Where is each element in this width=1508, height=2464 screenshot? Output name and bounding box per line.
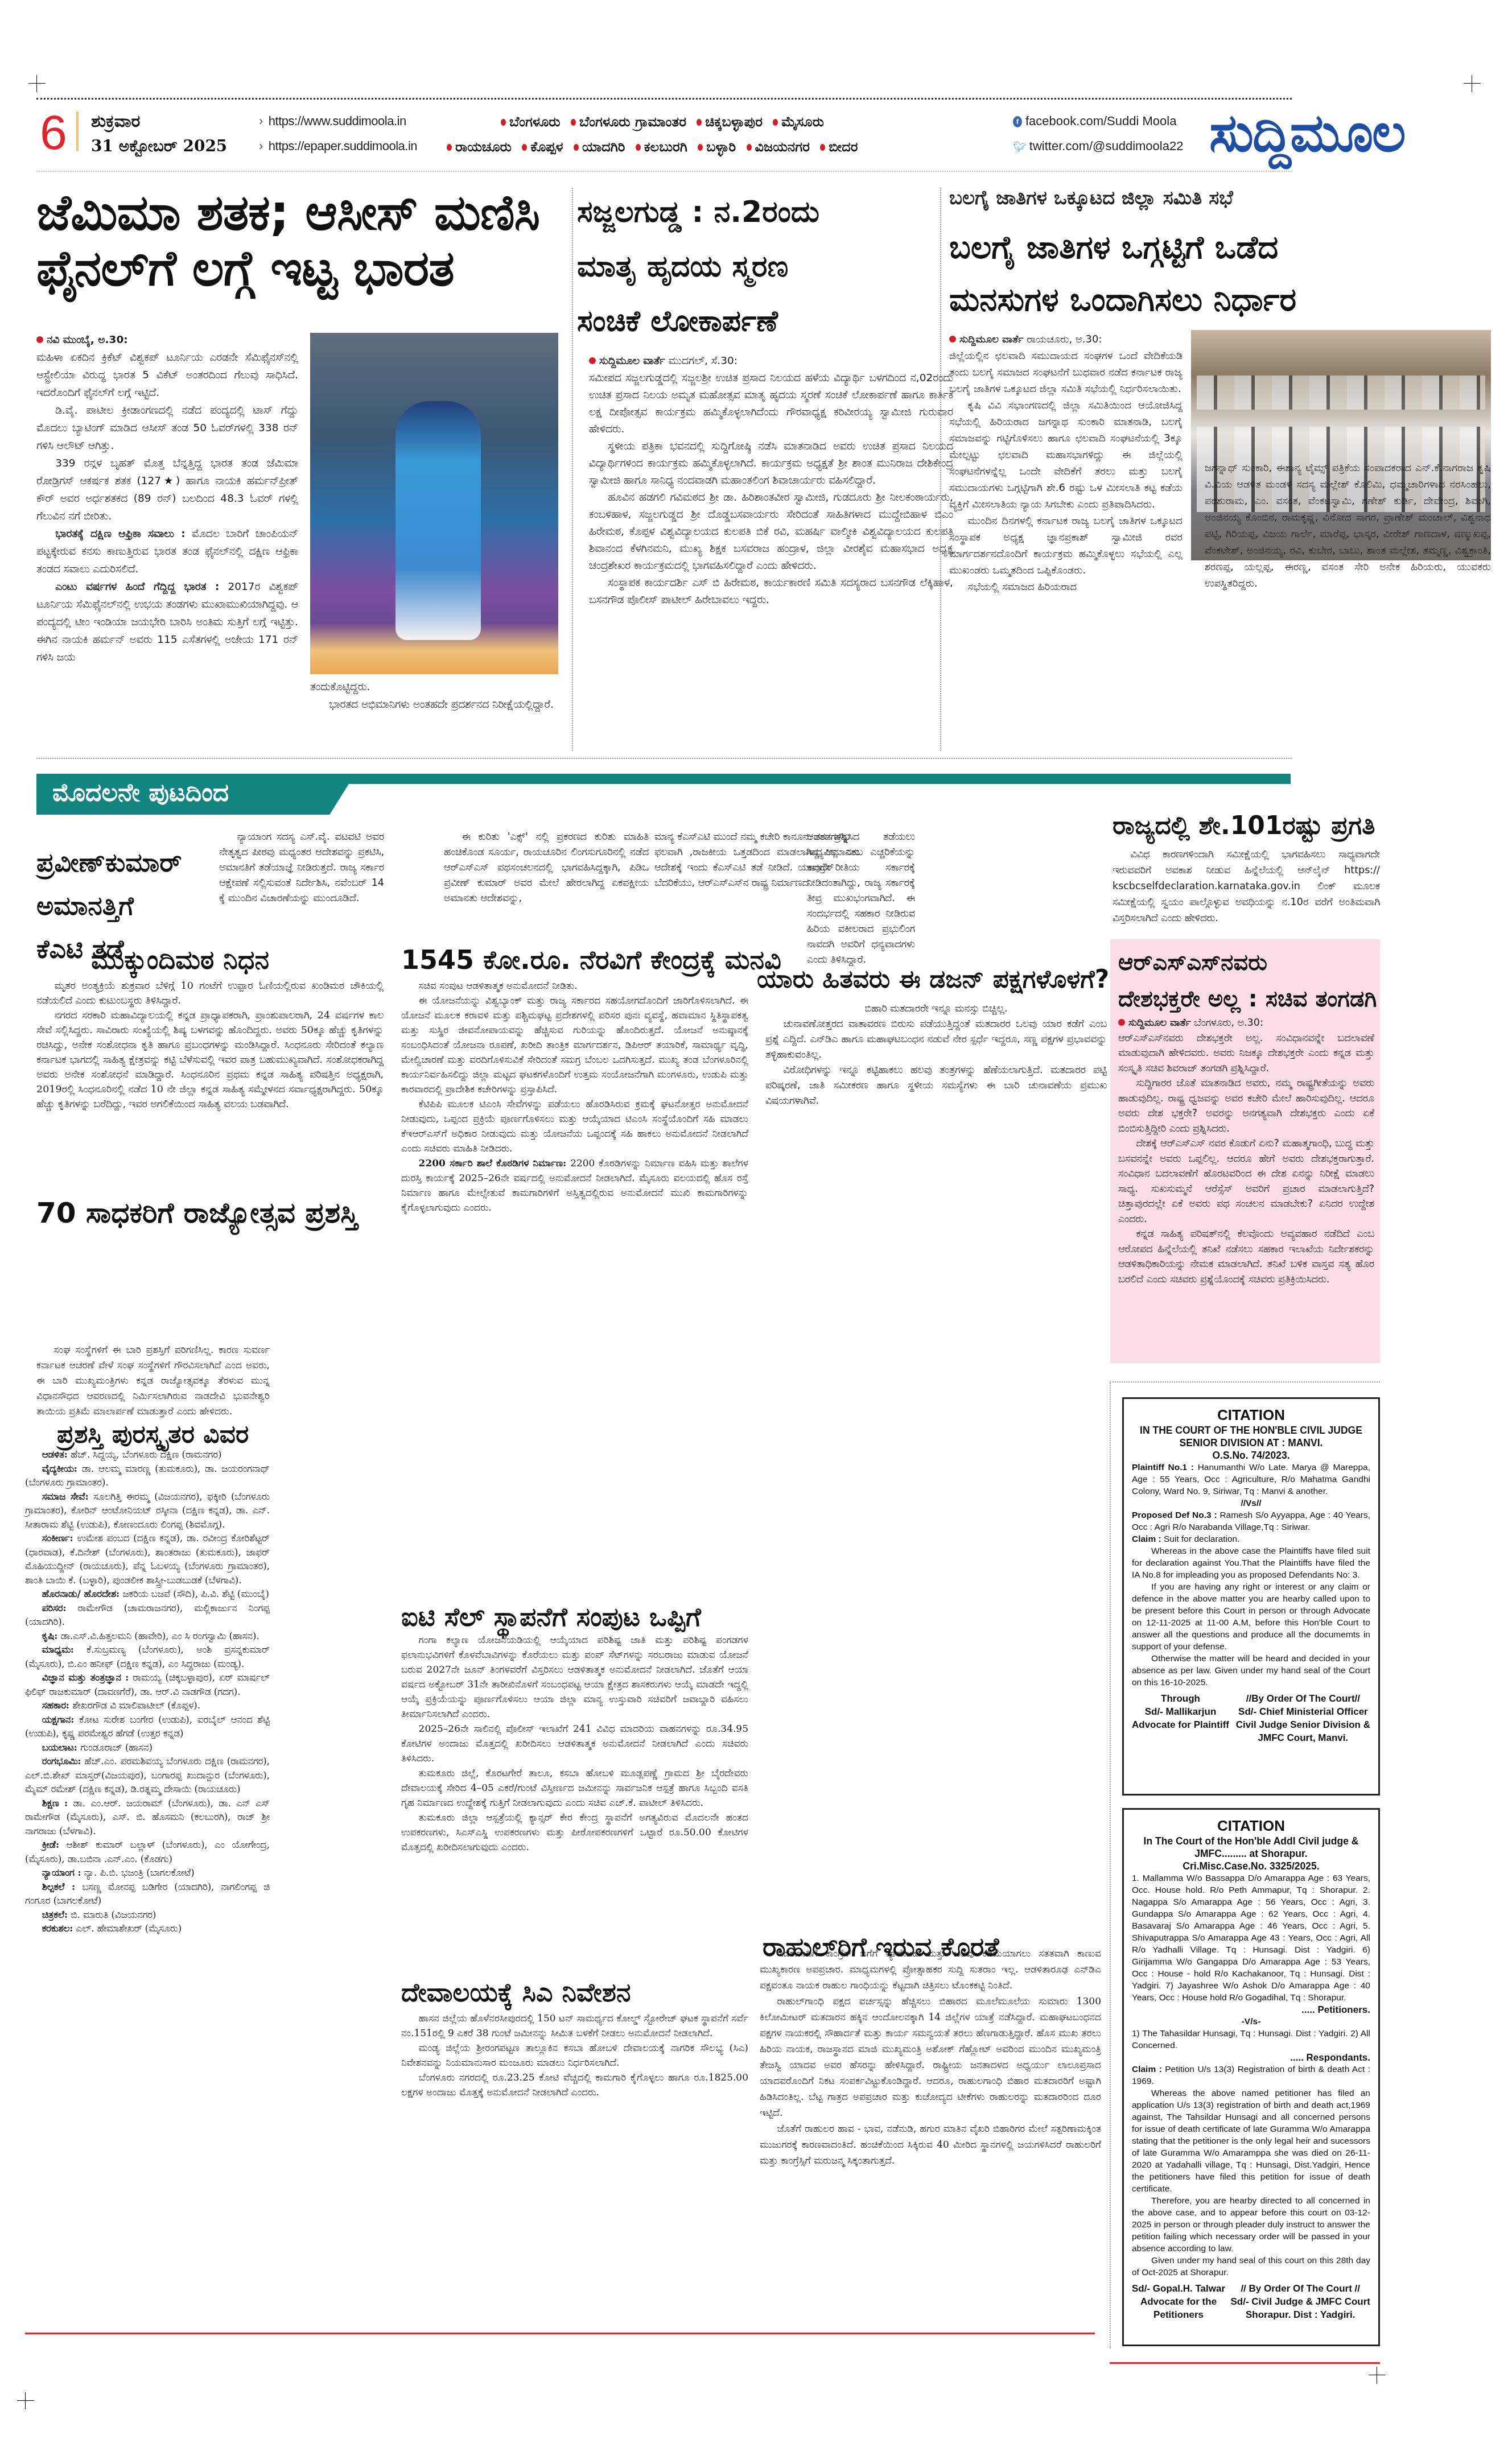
awardee-entry: ಪರಿಸರ: ರಾಮೇಗೌಡ (ಚಾಮರಾಜನಗರ), ಮಲ್ಲಿಕಾರ್ಜುನ…: [25, 1602, 270, 1629]
award-category: ಮಾಧ್ಯಮ:: [42, 1644, 74, 1655]
subhead: 2200 ಸರ್ಕಾರಿ ಶಾಲೆ ಕೊಠಡಿಗಳ ನಿರ್ಮಾಣ:: [419, 1158, 567, 1169]
paragraph: ಜಿಲ್ಲೆಯಲ್ಲಿನ ಛಲವಾದಿ ಸಮುದಾಯದ ಸಂಘಗಳ ಒಂದೆ ವ…: [949, 348, 1182, 397]
award-category: ಸಂಕೀರ್ಣ:: [42, 1533, 73, 1543]
awardee-entry: ಕೃಷಿ: ಡಾ.ಎಸ್.ವಿ.ಹಿತ್ತಲಮನಿ (ಹಾವೇರಿ), ಎಂ ಸ…: [25, 1629, 270, 1644]
city-label: ಬೆಂಗಳೂರು: [509, 114, 561, 130]
award-category: ಕರಕುಶಲ:: [42, 1923, 73, 1934]
player-figure: [395, 401, 481, 640]
mukkundi-headline: ಮುಕ್ಕುಂದಿಮಠ ನಿಧನ: [91, 936, 269, 984]
signature-left: Sd/- Gopal.H. Talwar Advocate for the Pe…: [1132, 2282, 1225, 2321]
headline-line: ಬಲಗೈ ಜಾತಿಗಳ ಒಗ್ಗಟ್ಟಿಗೆ ಒಡೆದ: [949, 222, 1508, 274]
awardee-entry: ಸಹಕಾರ: ಶೇಖರಗೌಡ ವಿ ಮಾಲಿಪಾಟೀಲ್ (ಕೊಪ್ಪಳ).: [25, 1699, 270, 1713]
bihar-headline: ಯಾರು ಹಿತವರು ಈ ಡಜನ್ ಪಕ್ಷಗಳೊಳಗೆ?: [757, 956, 1109, 1004]
column-divider: [572, 188, 573, 751]
issue-date: 31 ಅಕ್ಟೋಬರ್ 2025: [91, 137, 227, 156]
subhead: ಎಂಟು ವರ್ಷಗಳ ಹಿಂದೆ ಗೆದ್ದಿದ್ದ ಭಾರತ :: [55, 581, 219, 593]
dateline-agency: ಸುದ್ದಿಮೂಲ ವಾರ್ತೆ: [599, 355, 665, 367]
paragraph: ಸುದ್ದಿಗಾರರ ಜೊತೆ ಮಾತನಾಡಿದ ಅವರು, ನಮ್ಮ ರಾಷ್…: [1118, 1076, 1374, 1136]
awardee-entry: ಕರಕುಶಲ: ಎಲ್. ಹೇಮಾಶೇಖರ್ (ಮೈಸೂರು): [25, 1922, 270, 1936]
city-label: ಮೈಸೂರು: [781, 114, 824, 130]
paragraph: Given under my hand seal of this court o…: [1132, 2255, 1370, 2279]
headline-line: ದೇಶಭಕ್ತರೇ ಅಲ್ಲ : ಸಚಿವ ತಂಗಡಗಿ: [1118, 981, 1380, 1017]
red-bullet-icon: [589, 357, 596, 364]
respondents-list: 1) The Tahasildar Hunsagi, Tq : Hunsagi.…: [1132, 2028, 1370, 2052]
paragraph: ಕನ್ನಡ ಸಾಹಿತ್ಯ ಪರಿಷತ್‌ನಲ್ಲಿ ಕೆಲವೊಂದು ಅವ್ಯ…: [1118, 1227, 1374, 1287]
paragraph: ಜಗನ್ನಾಥ್ ಸುಂಕಾರಿ, ಈಶಾನ್ಯ ಟೈಮ್ಸ್ ಪತ್ರಿಕೆಯ…: [1205, 460, 1491, 592]
crop-mark-top-right: [1464, 75, 1481, 92]
subhead-text: 2017ರ ವಿಶ್ವಕಪ್ ಟೂರ್ನಿಯ ಸೆಮಿಫೈನಲ್‌ನಲ್ಲಿ ಉ…: [36, 581, 298, 663]
praveen-col-1: ನ್ಯಾಯಾಂಗ ಸದಸ್ಯ ಎಸ್.ವೈ. ವಟವಟಿ ಅವರ ನೇತೃತ್ವ…: [219, 829, 384, 906]
paragraph: ವಿರೋಧಿಗಳನ್ನು ಇನ್ನೂ ಕಟ್ಟಿಹಾಕಲು ಹಲವು ತಂತ್ರ…: [765, 1063, 1107, 1109]
dateline-place: ರಾಯಚೂರು, ಅ.30:: [1027, 333, 1102, 345]
red-bullet-icon: [1118, 1019, 1125, 1026]
citation-court: In The Court of the Hon'ble Addl Civil j…: [1132, 1835, 1370, 1860]
bullet-icon: [522, 144, 527, 151]
dateline-agency: ಸುದ್ದಿಮೂಲ ವಾರ್ತೆ: [1128, 1017, 1190, 1029]
awardee-entry: ಶಿಲ್ಪಕಲೆ : ಬಸಣ್ಣ ಮೋನಪ್ಪ ಬಡಿಗೇರ (ಯಾದಗಿರಿ)…: [25, 1880, 270, 1908]
awardee-entry: ಬಯಲಾಟ: ಗುಂಡೂರಾಜ್ (ಹಾಸನ): [25, 1741, 270, 1755]
award-category: ಶಿಕ್ಷಣ :: [42, 1798, 68, 1809]
signature-line: Sd/- Chief Ministerial Officer: [1236, 1705, 1370, 1718]
issue-day: ಶುಕ್ರವಾರ: [91, 112, 140, 131]
signature-line: JMFC Court, Manvi.: [1236, 1731, 1370, 1744]
subhead: ಭಾರತಕ್ಕೆ ದಕ್ಷಿಣ ಆಫ್ರಿಕಾ ಸವಾಲು :: [55, 528, 185, 540]
claim-line: Claim : Petition U/s 13(3) Registration …: [1132, 2063, 1370, 2087]
headline-line: ಫೈನಲ್‌ಗೆ ಲಗ್ಗೆ ಇಟ್ಟ ಭಾರತ: [36, 241, 571, 296]
paragraph: If you are having any right or interest …: [1132, 1581, 1370, 1653]
paragraph: Whereas the above named petitioner has f…: [1132, 2087, 1370, 2195]
red-bullet-icon: [36, 336, 43, 343]
award-category: ರಂಗಭೂಮಿ:: [42, 1756, 81, 1767]
photo-people-row: [1197, 375, 1485, 410]
versus-label: //Vs//: [1132, 1497, 1370, 1509]
award-names: ಶೇಖರಗೌಡ ವಿ ಮಾಲಿಪಾಟೀಲ್ (ಕೊಪ್ಪಳ).: [72, 1700, 200, 1711]
city-label: ರಾಯಚೂರು: [455, 139, 512, 155]
bullet-icon: [574, 144, 579, 151]
twitter-link[interactable]: 🐦︎twitter.com/@suddimoola22: [1013, 139, 1183, 154]
masthead-bottom-rule: [36, 171, 1292, 172]
paragraph: 339 ರನ್ಗಳ ಬೃಹತ್ ಮೊತ್ತ ಬೆನ್ನತ್ತಿದ್ದ ಭಾರತ …: [36, 455, 298, 525]
chevron-right-icon: ›: [259, 139, 263, 153]
website-link[interactable]: ›https://www.suddimoola.in: [259, 114, 406, 129]
1545-article-body: ಸಚಿವ ಸಂಪುಟ ಆಡಳಿತಾತ್ಮಕ ಅನುಮೋದನೆ ನೀಡಿತು. ಈ…: [401, 979, 748, 1215]
bullet-icon: [697, 119, 702, 126]
crop-mark-bottom-right: [1369, 2367, 1386, 2384]
claim-line: Claim : Suit for declaration.: [1132, 1533, 1370, 1545]
page-number-divider: [76, 112, 79, 151]
field-value: Suit for declaration.: [1164, 1534, 1240, 1544]
praveen-col-2: ಈ ಕುರಿತು 'ಎಕ್ಸ್' ನಲ್ಲಿ ಪ್ರಕರಣದ ಕುರಿತು ಮಾ…: [444, 829, 649, 906]
ad-section-divider: [1110, 1381, 1380, 1382]
signature-line: Sd/- Mallikarjun: [1132, 1705, 1229, 1718]
facebook-link[interactable]: ffacebook.com/Suddi Moola: [1013, 114, 1176, 129]
awardee-entry: ಹೊರನಾಡು/ ಹೊರದೇಶ: ಜಕರಿಯ ಬಜಪೆ (ಸೌದಿ), ಪಿ.ವ…: [25, 1587, 270, 1602]
bullet-icon: [501, 119, 506, 126]
city-label: ಬೀದರ: [829, 139, 858, 155]
survey-headline: ರಾಜ್ಯದಲ್ಲಿ ಶೇ.101ರಷ್ಟು ಪ್ರಗತಿ: [1113, 802, 1375, 850]
awardee-entry: ಕ್ರೀಡೆ: ಆಶೀಶ್ ಕುಮಾರ್ ಬಲ್ಲಾಳ್ (ಬೆಂಗಳೂರು),…: [25, 1838, 270, 1866]
paragraph: ಮಂಡ್ಯ ಜಿಲ್ಲೆಯ ಶ್ರೀರಂಗಪಟ್ಟಣ ತಾಲ್ಲೂಕಿನ ಕಸಬ…: [401, 2041, 748, 2070]
signature-line: Civil Judge Senior Division &: [1236, 1718, 1370, 1731]
paragraph: ಸಂಸ್ಥಾಪಕ ಕಾರ್ಯದರ್ಶಿ ಎಸ್ ಬಿ ಹಿರೇಮಠ, ಕಾರ್ಯ…: [589, 575, 953, 609]
itcell-article-body: ಗಂಗಾ ಕಲ್ಯಾಣ ಯೋಜನೆಯಡಿಯಲ್ಲಿ ಆಯ್ಕೆಯಾದ ಪರಿಶಿ…: [401, 1633, 748, 1855]
awardee-entry: ಸಮಾಜ ಸೇವೆ: ಸೂಲಗಿತ್ತಿ ಈರಮ್ಮ (ವಿಜಯನಗರ), ಫಕ…: [25, 1490, 270, 1532]
awardee-entry: ಸಂಕೀರ್ಣ: ಉಮೇಶ ಪಂಬದ (ದಕ್ಷಿಣ ಕನ್ನಡ), ಡಾ. ರ…: [25, 1532, 270, 1587]
signature-line: Sd/- Civil Judge & JMFC Court: [1230, 2295, 1370, 2308]
plaintiff-line: Plaintiff No.1 : Hanumanthi W/o Late. Ma…: [1132, 1462, 1370, 1497]
dateline-place: ಮುದಗಲ್, ಸೆ.30:: [669, 355, 737, 367]
bullet-icon: [571, 119, 576, 126]
section-divider: [36, 758, 1292, 759]
award-names: ಹೆಚ್. ಸಿದ್ದಯ್ಯ, ಬೆಂಗಳೂರು ದಕ್ಷಿಣ (ರಾಮನಗರ): [71, 1449, 221, 1460]
bihar-article-body: ಬಿಹಾರಿ ಮತದಾರರೇ ಇನ್ನೂ ಮನಸ್ಸು ಬಿಚ್ಚಿಲ್ಲ. ಚ…: [765, 1001, 1107, 1109]
award-category: ಪರಿಸರ:: [42, 1603, 67, 1613]
bullet-icon: [636, 144, 641, 151]
award-category: ಬಯಲಾಟ:: [42, 1742, 77, 1753]
bottom-rule-right: [1110, 2362, 1380, 2364]
rss-headline: ಆರ್‌ಎಸ್‌ಎಸ್‌ನವರು ದೇಶಭಕ್ತರೇ ಅಲ್ಲ : ಸಚಿವ ತ…: [1118, 944, 1380, 1017]
rajyotsava-headline: 70 ಸಾಧಕರಿಗೆ ರಾಜ್ಯೋತ್ಸವ ಪ್ರಶಸ್ತಿ: [36, 1189, 358, 1237]
field-label: Claim :: [1132, 1534, 1161, 1544]
field-label: Claim :: [1132, 2065, 1162, 2074]
bullet-icon: [698, 144, 703, 151]
chevron-right-icon: ›: [259, 114, 263, 128]
newspaper-logo: ಸುದ್ದಿಮೂಲ: [1209, 107, 1405, 159]
awardees-list: ಆಡಳಿತ: ಹೆಚ್. ಸಿದ್ದಯ್ಯ, ಬೆಂಗಳೂರು ದಕ್ಷಿಣ (…: [25, 1448, 270, 1936]
paragraph: Therefore, you are hearby directed to al…: [1132, 2195, 1370, 2255]
intro-line: ಬಿಹಾರಿ ಮತದಾರರೇ ಇನ್ನೂ ಮನಸ್ಸು ಬಿಚ್ಚಿಲ್ಲ.: [765, 1001, 1107, 1017]
paragraph: ಜೊತೆಗೆ ರಾಹುಲರ ಹಾವ - ಭಾವ, ನಡೆನುಡಿ, ಹಗುರ ಮ…: [760, 2121, 1101, 2169]
city-label: ವಿಜಯನಗರ: [755, 139, 810, 155]
paragraph: ಗಂಗಾ ಕಲ್ಯಾಣ ಯೋಜನೆಯಡಿಯಲ್ಲಿ ಆಯ್ಕೆಯಾದ ಪರಿಶಿ…: [401, 1633, 748, 1722]
red-bullet-icon: [949, 336, 956, 342]
signature-line: Sd/- Gopal.H. Talwar: [1132, 2282, 1225, 2295]
signature-line: //By Order Of The Court//: [1236, 1692, 1370, 1705]
award-category: ಸಹಕಾರ:: [42, 1700, 69, 1711]
signature-line: Petitioners: [1132, 2308, 1225, 2321]
paragraph: ಡಿ.ವೈ. ಪಾಟೀಲ ಕ್ರೀಡಾಂಗಣದಲ್ಲಿ ನಡೆದ ಪಂದ್ಯದಲ…: [36, 402, 298, 455]
paragraph: ಎಂಟು ವರ್ಷಗಳ ಹಿಂದೆ ಗೆದ್ದಿದ್ದ ಭಾರತ : 2017ರ…: [36, 578, 298, 666]
signature-left: Through Sd/- Mallikarjun Advocate for Pl…: [1132, 1692, 1229, 1744]
paragraph: ಈ ಕುರಿತು 'ಎಕ್ಸ್' ನಲ್ಲಿ ಪ್ರಕರಣದ ಕುರಿತು ಮಾ…: [444, 829, 649, 906]
citation-court: IN THE COURT OF THE HON'BLE CIVIL JUDGE …: [1132, 1424, 1370, 1449]
citation-case-number: O.S.No. 74/2023.: [1132, 1449, 1370, 1462]
award-names: ಜಕರಿಯ ಬಜಪೆ (ಸೌದಿ), ಪಿ.ವಿ. ಶೆಟ್ಟಿ (ಮುಂಬೈ): [122, 1588, 269, 1599]
headline-line: ಸಜ್ಜಲಗುಡ್ಡ : ನ.2ರಂದು: [577, 185, 918, 240]
balagai-headline: ಬಲಗೈ ಜಾತಿಗಳ ಒಗ್ಗಟ್ಟಿಗೆ ಒಡೆದ ಮನಸುಗಳ ಒಂದಾಗ…: [949, 222, 1508, 327]
facebook-handle: facebook.com/Suddi Moola: [1025, 114, 1176, 128]
sajjal-article-body: ಸುದ್ದಿಮೂಲ ವಾರ್ತೆ ಮುದಗಲ್, ಸೆ.30: ಸಮೀಪದ ಸಜ…: [589, 353, 953, 609]
paragraph: ಬೆಂಗಳೂರು ನಗರದಲ್ಲಿ ರೂ.23.25 ಕೋಟಿ ವೆಚ್ಚದಲ್…: [401, 2070, 748, 2100]
award-names: ನ್ಯಾ. ಪಿ.ಬಿ. ಭಜಂತ್ರಿ (ಬಾಗಲಕೋಟೆ): [84, 1867, 195, 1878]
field-value: Petition U/s 13(3) Registration of birth…: [1132, 2065, 1370, 2086]
cricket-article-continued: ತಂದುಕೊಟ್ಟಿದ್ದರು. ಭಾರತದ ಅಭಿಮಾನಿಗಳು ಅಂತಹದೇ…: [310, 678, 558, 713]
paragraph: ವಿವಿಧ ಕಾರಣಗಳಿಂದಾಗಿ ಸಮೀಕ್ಷೆಯಲ್ಲಿ ಭಾಗವಹಿಸಲ…: [1113, 847, 1380, 926]
citation-case-number: Cri.Misc.Case.No. 3325/2025.: [1132, 1860, 1370, 1872]
awardee-entry: ಚಿತ್ರಕಲೆ: ಬಿ. ಮಾರುತಿ (ವಿಜಯನಗರ): [25, 1908, 270, 1922]
signature-line: Shorapur. Dist : Yadgiri.: [1230, 2308, 1370, 2321]
rajyotsava-intro: ಸಂಘ ಸಂಸ್ಥೆಗಳಿಗೆ ಈ ಬಾರಿ ಪ್ರಶಸ್ತಿಗೆ ಪರಿಗಣಿ…: [36, 1343, 270, 1419]
mukkundi-article-body: ಮೃತರ ಅಂತ್ಯಕ್ರಿಯೆ ಶುಕ್ರವಾರ ಬೆಳಿಗ್ಗೆ 10 ಗಂ…: [36, 979, 384, 1112]
paragraph: ಸಂಘ ಸಂಸ್ಥೆಗಳಿಗೆ ಈ ಬಾರಿ ಪ್ರಶಸ್ತಿಗೆ ಪರಿಗಣಿ…: [36, 1343, 270, 1419]
twitter-bird-icon: 🐦︎: [1013, 141, 1026, 153]
cities-row-1: ಬೆಂಗಳೂರು ಬೆಂಗಳೂರು ಗ್ರಾಮಾಂತರ ಚಿಕ್ಕಬಳ್ಳಾಪು…: [495, 114, 824, 130]
dateline-text: ನವಿ ಮುಂಬೈ, ಅ.30:: [47, 334, 128, 346]
award-category: ಶಿಲ್ಪಕಲೆ :: [42, 1881, 75, 1892]
signature-right: // By Order Of The Court // Sd/- Civil J…: [1230, 2282, 1370, 2321]
city-label: ಬಳ್ಳಾರಿ: [706, 139, 736, 155]
award-category: ಯಕ್ಷಗಾನ:: [42, 1714, 75, 1725]
website-url: https://www.suddimoola.in: [269, 114, 406, 128]
signature-line: Through: [1132, 1692, 1229, 1705]
1545-headline: 1545 ಕೋ.ರೂ. ನೆರವಿಗೆ ಕೇಂದ್ರಕ್ಕೆ ಮನವಿ: [401, 936, 781, 984]
rahul-article-body: ಇದರೊಂದಿಗೆ ಕಾಂಗ್ರೆಸ್ ಬಗೆಗೆ ವ್ಯಾಮೋಹ ಮತ್ತು …: [760, 1946, 1101, 2169]
paragraph: ಹಾಸನ ಜಿಲ್ಲೆಯ ಹೊಳೆನರಸೀಪುರದಲ್ಲಿ 150 ಟನ್ ಸಾ…: [401, 2011, 748, 2041]
dateline: ಸುದ್ದಿಮೂಲ ವಾರ್ತೆ ರಾಯಚೂರು, ಅ.30:: [949, 331, 1182, 348]
headline-line: ಪ್ರವೀಣ್‌ಕುಮಾರ್: [36, 841, 207, 884]
paragraph: ತಂದುಕೊಟ್ಟಿದ್ದರು.: [310, 678, 558, 696]
column-divider: [940, 188, 941, 751]
versus-label: -V/s-: [1132, 2016, 1370, 2028]
paragraph: ಇದರೊಂದಿಗೆ ಕಾಂಗ್ರೆಸ್ ಬಗೆಗೆ ವ್ಯಾಮೋಹ ಮತ್ತು …: [760, 1946, 1101, 1994]
award-category: ಚಿತ್ರಕಲೆ:: [42, 1909, 68, 1920]
sajjal-headline: ಸಜ್ಜಲಗುಡ್ಡ : ನ.2ರಂದು ಮಾತೃ ಹೃದಯ ಸ್ಮರಣ ಸಂಚ…: [577, 185, 918, 349]
awardee-entry: ಶಿಕ್ಷಣ : ಡಾ. ಎಂ.ಆರ್. ಜಯರಾಮ್ (ಬೆಂಗಳೂರು), …: [25, 1797, 270, 1839]
crop-mark-bottom-left: [17, 2392, 34, 2409]
masthead-top-rule: [36, 98, 1292, 100]
paragraph: ಆರ್‌ಎಸ್‌ಎಸ್‌ನವರು ದೇಶಭಕ್ತರೇ ಅಲ್ಲ. ಸಂವಿಧಾನ…: [1118, 1031, 1374, 1076]
bottom-rule-left: [25, 2333, 1095, 2334]
dateline: ನವಿ ಮುಂಬೈ, ಅ.30:: [36, 331, 298, 349]
paragraph: ಸ್ಥಳೀಯ ಪತ್ರಿಕಾ ಭವನದಲ್ಲಿ ಸುದ್ದಿಗೋಷ್ಠಿ ನಡೆ…: [589, 438, 953, 489]
bullet-icon: [773, 119, 778, 126]
award-category: ಕ್ರೀಡೆ:: [42, 1839, 59, 1850]
bullet-icon: [747, 144, 752, 151]
defendant-line: Proposed Def No.3 : Ramesh S/o Ayyappa, …: [1132, 1509, 1370, 1533]
cricket-batter-photo: [310, 333, 558, 674]
paragraph: ಮೃತರ ಅಂತ್ಯಕ್ರಿಯೆ ಶುಕ್ರವಾರ ಬೆಳಿಗ್ಗೆ 10 ಗಂ…: [36, 979, 384, 1008]
respondents-label: ..... Respondants.: [1132, 2052, 1370, 2063]
paragraph: ಭಾರತಕ್ಕೆ ದಕ್ಷಿಣ ಆಫ್ರಿಕಾ ಸವಾಲು : ಮೊದಲ ಬಾರ…: [36, 525, 298, 578]
balagai-kicker: ಬಲಗೈ ಜಾತಿಗಳ ಒಕ್ಕೂಟದ ಜಿಲ್ಲಾ ಸಮಿತಿ ಸಭೆ: [949, 187, 1233, 209]
epaper-url: https://epaper.suddimoola.in: [269, 139, 417, 153]
signature-right: //By Order Of The Court// Sd/- Chief Min…: [1236, 1692, 1370, 1744]
award-names: ಎಲ್. ಹೇಮಾಶೇಖರ್ (ಮೈಸೂರು): [76, 1923, 182, 1934]
citation-title: CITATION: [1132, 1817, 1370, 1835]
awardee-entry: ನ್ಯಾಯಾಂಗ : ನ್ಯಾ. ಪಿ.ಬಿ. ಭಜಂತ್ರಿ (ಬಾಗಲಕೋಟ…: [25, 1866, 270, 1880]
paragraph: ದೇಶಕ್ಕೆ ಆರ್‌ಎಸ್‌ಎಸ್ ನವರ ಕೊಡುಗೆ ಏನು? ಮಹಾತ…: [1118, 1136, 1374, 1227]
dateline-place: ಬೆಂಗಳೂರು, ಅ.30:: [1194, 1017, 1263, 1029]
award-category: ವೈದ್ಯಕೀಯ:: [42, 1463, 77, 1474]
cities-row-2: ರಾಯಚೂರು ಕೊಪ್ಪಳ ಯಾದಗಿರಿ ಕಲಬುರಗಿ ಬಳ್ಳಾರಿ ವ…: [441, 139, 858, 155]
paragraph: ಆದರ್ಶಗಳನ್ನು ತಡೆಯಲು ಸಾಧ್ಯವಿಲ್ಲ ಎಂಬ ಎಚ್ಚರಿ…: [807, 829, 915, 968]
section-banner-label: ಮೊದಲನೇ ಪುಟದಿಂದ: [52, 778, 229, 807]
paragraph: ಭಾರತದ ಅಭಿಮಾನಿಗಳು ಅಂತಹದೇ ಪ್ರದರ್ಶನದ ನಿರೀಕ್…: [310, 696, 558, 713]
award-category: ನ್ಯಾಯಾಂಗ :: [42, 1867, 81, 1878]
signature-block: Sd/- Gopal.H. Talwar Advocate for the Pe…: [1132, 2282, 1370, 2321]
award-names: ಗುಂಡೂರಾಜ್ (ಹಾಸನ): [80, 1742, 153, 1753]
column-divider: [1110, 1381, 1111, 2349]
awardee-entry: ಆಡಳಿತ: ಹೆಚ್. ಸಿದ್ದಯ್ಯ, ಬೆಂಗಳೂರು ದಕ್ಷಿಣ (…: [25, 1448, 270, 1462]
awardee-entry: ಮಾಧ್ಯಮ: ಕೆ.ಸುಬ್ರಮಣ್ಯ (ಬೆಂಗಳೂರು), ಅಂಶಿ ಪ್…: [25, 1643, 270, 1671]
devalaya-article-body: ಹಾಸನ ಜಿಲ್ಲೆಯ ಹೊಳೆನರಸೀಪುರದಲ್ಲಿ 150 ಟನ್ ಸಾ…: [401, 2011, 748, 2100]
field-label: Proposed Def No.3 :: [1132, 1510, 1217, 1520]
facebook-icon: f: [1013, 116, 1022, 127]
paragraph: ನ್ಯಾಯಾಂಗ ಸದಸ್ಯ ಎಸ್.ವೈ. ವಟವಟಿ ಅವರ ನೇತೃತ್ವ…: [219, 829, 384, 906]
signature-block: Through Sd/- Mallikarjun Advocate for Pl…: [1132, 1692, 1370, 1744]
city-label: ಬೆಂಗಳೂರು ಗ್ರಾಮಾಂತರ: [579, 114, 686, 130]
awardee-entry: ಯಕ್ಷಗಾನ: ಕೋಟ ಸುರೇಶ ಬಂಗೇರ (ಉಡುಪಿ), ಐರಬೈಲ್…: [25, 1713, 270, 1741]
paragraph: ಸಚಿವ ಸಂಪುಟ ಆಡಳಿತಾತ್ಮಕ ಅನುಮೋದನೆ ನೀಡಿತು.: [401, 979, 748, 993]
award-names: ಆಶೀಶ್ ಕುಮಾರ್ ಬಲ್ಲಾಳ್ (ಬೆಂಗಳೂರು), ಎಂ ಯೋಗೇ…: [25, 1839, 270, 1864]
balagai-article-continued: ಜಗನ್ನಾಥ್ ಸುಂಕಾರಿ, ಈಶಾನ್ಯ ಟೈಮ್ಸ್ ಪತ್ರಿಕೆಯ…: [1205, 460, 1491, 592]
city-label: ಕಲಬುರಗಿ: [644, 139, 687, 155]
signature-line: // By Order Of The Court //: [1230, 2282, 1370, 2295]
paragraph: 2025–26ನೇ ಸಾಲಿನಲ್ಲಿ ಪೊಲೀಸ್ ಇಲಾಖೆಗೆ 241 ವ…: [401, 1722, 748, 1766]
paragraph: ತುಮಕೂರು ಜಿಲ್ಲಾ ಆಸ್ಪತ್ರೆಯಲ್ಲಿ ಕ್ಯಾನ್ಸರ್ ಕ…: [401, 1810, 748, 1855]
praveen-col-4: ಆದರ್ಶಗಳನ್ನು ತಡೆಯಲು ಸಾಧ್ಯವಿಲ್ಲ ಎಂಬ ಎಚ್ಚರಿ…: [807, 829, 915, 968]
paragraph: ನಗರದ ಸರಕಾರಿ ಮಹಾವಿದ್ಯಾಲಯಲ್ಲಿ ಕನ್ನಡ ಪ್ರಾಧ್…: [36, 1008, 384, 1112]
city-label: ಚಿಕ್ಕಬಳ್ಳಾಪುರ: [705, 114, 763, 130]
citation-title: CITATION: [1132, 1406, 1370, 1424]
award-category: ಸಮಾಜ ಸೇವೆ:: [42, 1491, 89, 1502]
signature-line: Advocate for Plaintiff: [1132, 1718, 1229, 1731]
paragraph: ಸಮೀಪದ ಸಜ್ಜಲಗುಡ್ಡದಲ್ಲಿ ಸಜ್ಜಲಶ್ರೀ ಉಚಿತ ಪ್ರ…: [589, 370, 953, 438]
citation-shorapur: CITATION In The Court of the Hon'ble Add…: [1122, 1808, 1380, 2346]
city-label: ಯಾದಗಿರಿ: [582, 139, 625, 155]
bullet-icon: [447, 144, 452, 151]
dateline: ಸುದ್ದಿಮೂಲ ವಾರ್ತೆ ಮುದಗಲ್, ಸೆ.30:: [589, 353, 953, 370]
headline-line: ಸಂಚಿಕೆ ಲೋಕಾರ್ಪಣೆ: [577, 294, 918, 349]
cricket-article-body: ನವಿ ಮುಂಬೈ, ಅ.30: ಮಹಿಳಾ ಏಕದಿನ ಕ್ರಿಕೆಟ್ ವಿ…: [36, 331, 298, 666]
devalaya-headline: ದೇವಾಲಯಕ್ಕೆ ಸಿಎ ನಿವೇಶನ: [401, 1968, 631, 2016]
survey-article-body: ವಿವಿಧ ಕಾರಣಗಳಿಂದಾಗಿ ಸಮೀಕ್ಷೆಯಲ್ಲಿ ಭಾಗವಹಿಸಲ…: [1113, 847, 1380, 926]
paragraph: ಕೃಷಿ ವಿವಿ ಸಭಾಂಗಣದಲ್ಲಿ ಜಿಲ್ಲಾ ಸಮಿತಿಯಿಂದ ಆ…: [949, 397, 1182, 513]
paragraph: ತುಮಕೂರು ಜಿಲ್ಲೆ, ಕೊರಟಗೇರೆ ತಾಲೂ, ಕಸಬಾ ಹೋಬಳ…: [401, 1766, 748, 1810]
award-category: ಕೃಷಿ:: [42, 1631, 58, 1641]
city-label: ಕೊಪ್ಪಳ: [530, 139, 563, 155]
paragraph: ಹೂವಿನ ಹಡಗಲಿ ಗವಿಮಠದ ಶ್ರೀ ಡಾ. ಹಿರಿಶಾಂತವೀರ …: [589, 489, 953, 575]
paragraph: ಈ ಯೋಜನೆಯನ್ನು ವಿಶ್ವಬ್ಯಾಂಕ್ ಮತ್ತು ರಾಜ್ಯ ಸರ…: [401, 993, 748, 1097]
citation-manvi: CITATION IN THE COURT OF THE HON'BLE CIV…: [1122, 1397, 1380, 1796]
headline-line: ಮನಸುಗಳ ಒಂದಾಗಿಸಲು ನಿರ್ಧಾರ: [949, 274, 1508, 327]
paragraph: ಮಹಿಳಾ ಏಕದಿನ ಕ್ರಿಕೆಟ್ ವಿಶ್ವಕಪ್ ಟೂರ್ನಿಯ ಎರ…: [36, 349, 298, 402]
paragraph: ರಾಹುಲ್‌ಗಾಂಧಿ ಪಕ್ಷದ ವರ್ಚಸ್ಸನ್ನು ಹೆಚ್ಚಿಸಲು…: [760, 1994, 1101, 2121]
dateline-agency: ಸುದ್ದಿಮೂಲ ವಾರ್ತೆ: [959, 333, 1024, 345]
petitioners-list: 1. Mallamma W/o Bassappa D/o Amarappa Ag…: [1132, 1872, 1370, 2004]
paragraph: Whereas in the above case the Plaintiffs…: [1132, 1545, 1370, 1581]
awardee-entry: ರಂಗಭೂಮಿ: ಹೆಚ್.ಎಂ. ಪರಮಶಿವಯ್ಯ ಬೆಂಗಳೂರು ದಕ್…: [25, 1755, 270, 1797]
rss-article-body: ಸುದ್ದಿಮೂಲ ವಾರ್ತೆ ಬೆಂಗಳೂರು, ಅ.30: ಆರ್‌ಎಸ್…: [1118, 1016, 1374, 1287]
signature-line: Advocate for the: [1132, 2295, 1225, 2308]
award-category: ವಿಜ್ಞಾನ ಮತ್ತು ತಂತ್ರಜ್ಞಾನ :: [42, 1672, 129, 1683]
bullet-icon: [820, 144, 825, 151]
paragraph: ಚುನಾವಣೋತ್ತರದ ವಾತಾವರಣ ಬಿರುಸು ಪಡೆಯುತ್ತಿದ್ದ…: [765, 1017, 1107, 1063]
award-category: ಹೊರನಾಡು/ ಹೊರದೇಶ:: [42, 1588, 120, 1599]
paragraph: Otherwise the matter will be heard and d…: [1132, 1653, 1370, 1689]
page-number: 6: [40, 108, 67, 157]
dateline: ಸುದ್ದಿಮೂಲ ವಾರ್ತೆ ಬೆಂಗಳೂರು, ಅ.30:: [1118, 1016, 1374, 1031]
paragraph: ಕೆಟಿಪಿಪಿ ಮೂಲಕ ಟಿಎಂಸಿ ಸೇವೆಗಳನ್ನು ಪಡೆಯಲು ಹ…: [401, 1097, 748, 1156]
crop-mark-top-left: [28, 75, 46, 92]
balagai-article-body: ಸುದ್ದಿಮೂಲ ವಾರ್ತೆ ರಾಯಚೂರು, ಅ.30: ಜಿಲ್ಲೆಯಲ…: [949, 331, 1182, 595]
headline-line: ಜೆಮಿಮಾ ಶತಕ; ಆಸೀಸ್ ಮಣಿಸಿ: [36, 185, 571, 241]
epaper-link[interactable]: ›https://epaper.suddimoola.in: [259, 139, 417, 154]
paragraph: ಮುಂದಿನ ದಿನಗಳಲ್ಲಿ ಕರ್ನಾಟಕ ರಾಜ್ಯ ಬಲಗೈ ಜಾತಿ…: [949, 513, 1182, 579]
award-names: ಬಿ. ಮಾರುತಿ (ವಿಜಯನಗರ): [71, 1909, 156, 1920]
headline-line: ಅಮಾನತ್ತಿಗೆ: [36, 884, 207, 927]
awardee-entry: ವೈದ್ಯಕೀಯ: ಡಾ. ಆಲಮ್ಮ ಮಾರಣ್ಣ (ತುಮಕೂರು), ಡಾ…: [25, 1462, 270, 1490]
twitter-handle: twitter.com/@suddimoola22: [1029, 139, 1184, 153]
headline-line: ಮಾತೃ ಹೃದಯ ಸ್ಮರಣ: [577, 240, 918, 294]
field-label: Plaintiff No.1 :: [1132, 1463, 1194, 1472]
headline-line: ಆರ್‌ಎಸ್‌ಎಸ್‌ನವರು: [1118, 944, 1380, 981]
award-names: ಡಾ.ಎಸ್.ವಿ.ಹಿತ್ತಲಮನಿ (ಹಾವೇರಿ), ಎಂ ಸಿ ರಂಗಸ…: [61, 1631, 259, 1641]
paragraph: 2200 ಸರ್ಕಾರಿ ಶಾಲೆ ಕೊಠಡಿಗಳ ನಿರ್ಮಾಣ: 2200 …: [401, 1156, 748, 1215]
paragraph: ಸಭೆಯಲ್ಲಿ ಸಮಾಜದ ಹಿರಿಯರಾದ: [949, 579, 1182, 595]
awardee-entry: ವಿಜ್ಞಾನ ಮತ್ತು ತಂತ್ರಜ್ಞಾನ : ರಾಮಯ್ಯ (ಚಿಕ್ಕ…: [25, 1671, 270, 1699]
petitioners-label: ..... Petitioners.: [1132, 2004, 1370, 2016]
cricket-headline: ಜೆಮಿಮಾ ಶತಕ; ಆಸೀಸ್ ಮಣಿಸಿ ಫೈನಲ್‌ಗೆ ಲಗ್ಗೆ ಇ…: [36, 185, 571, 296]
award-category: ಆಡಳಿತ:: [42, 1449, 68, 1460]
